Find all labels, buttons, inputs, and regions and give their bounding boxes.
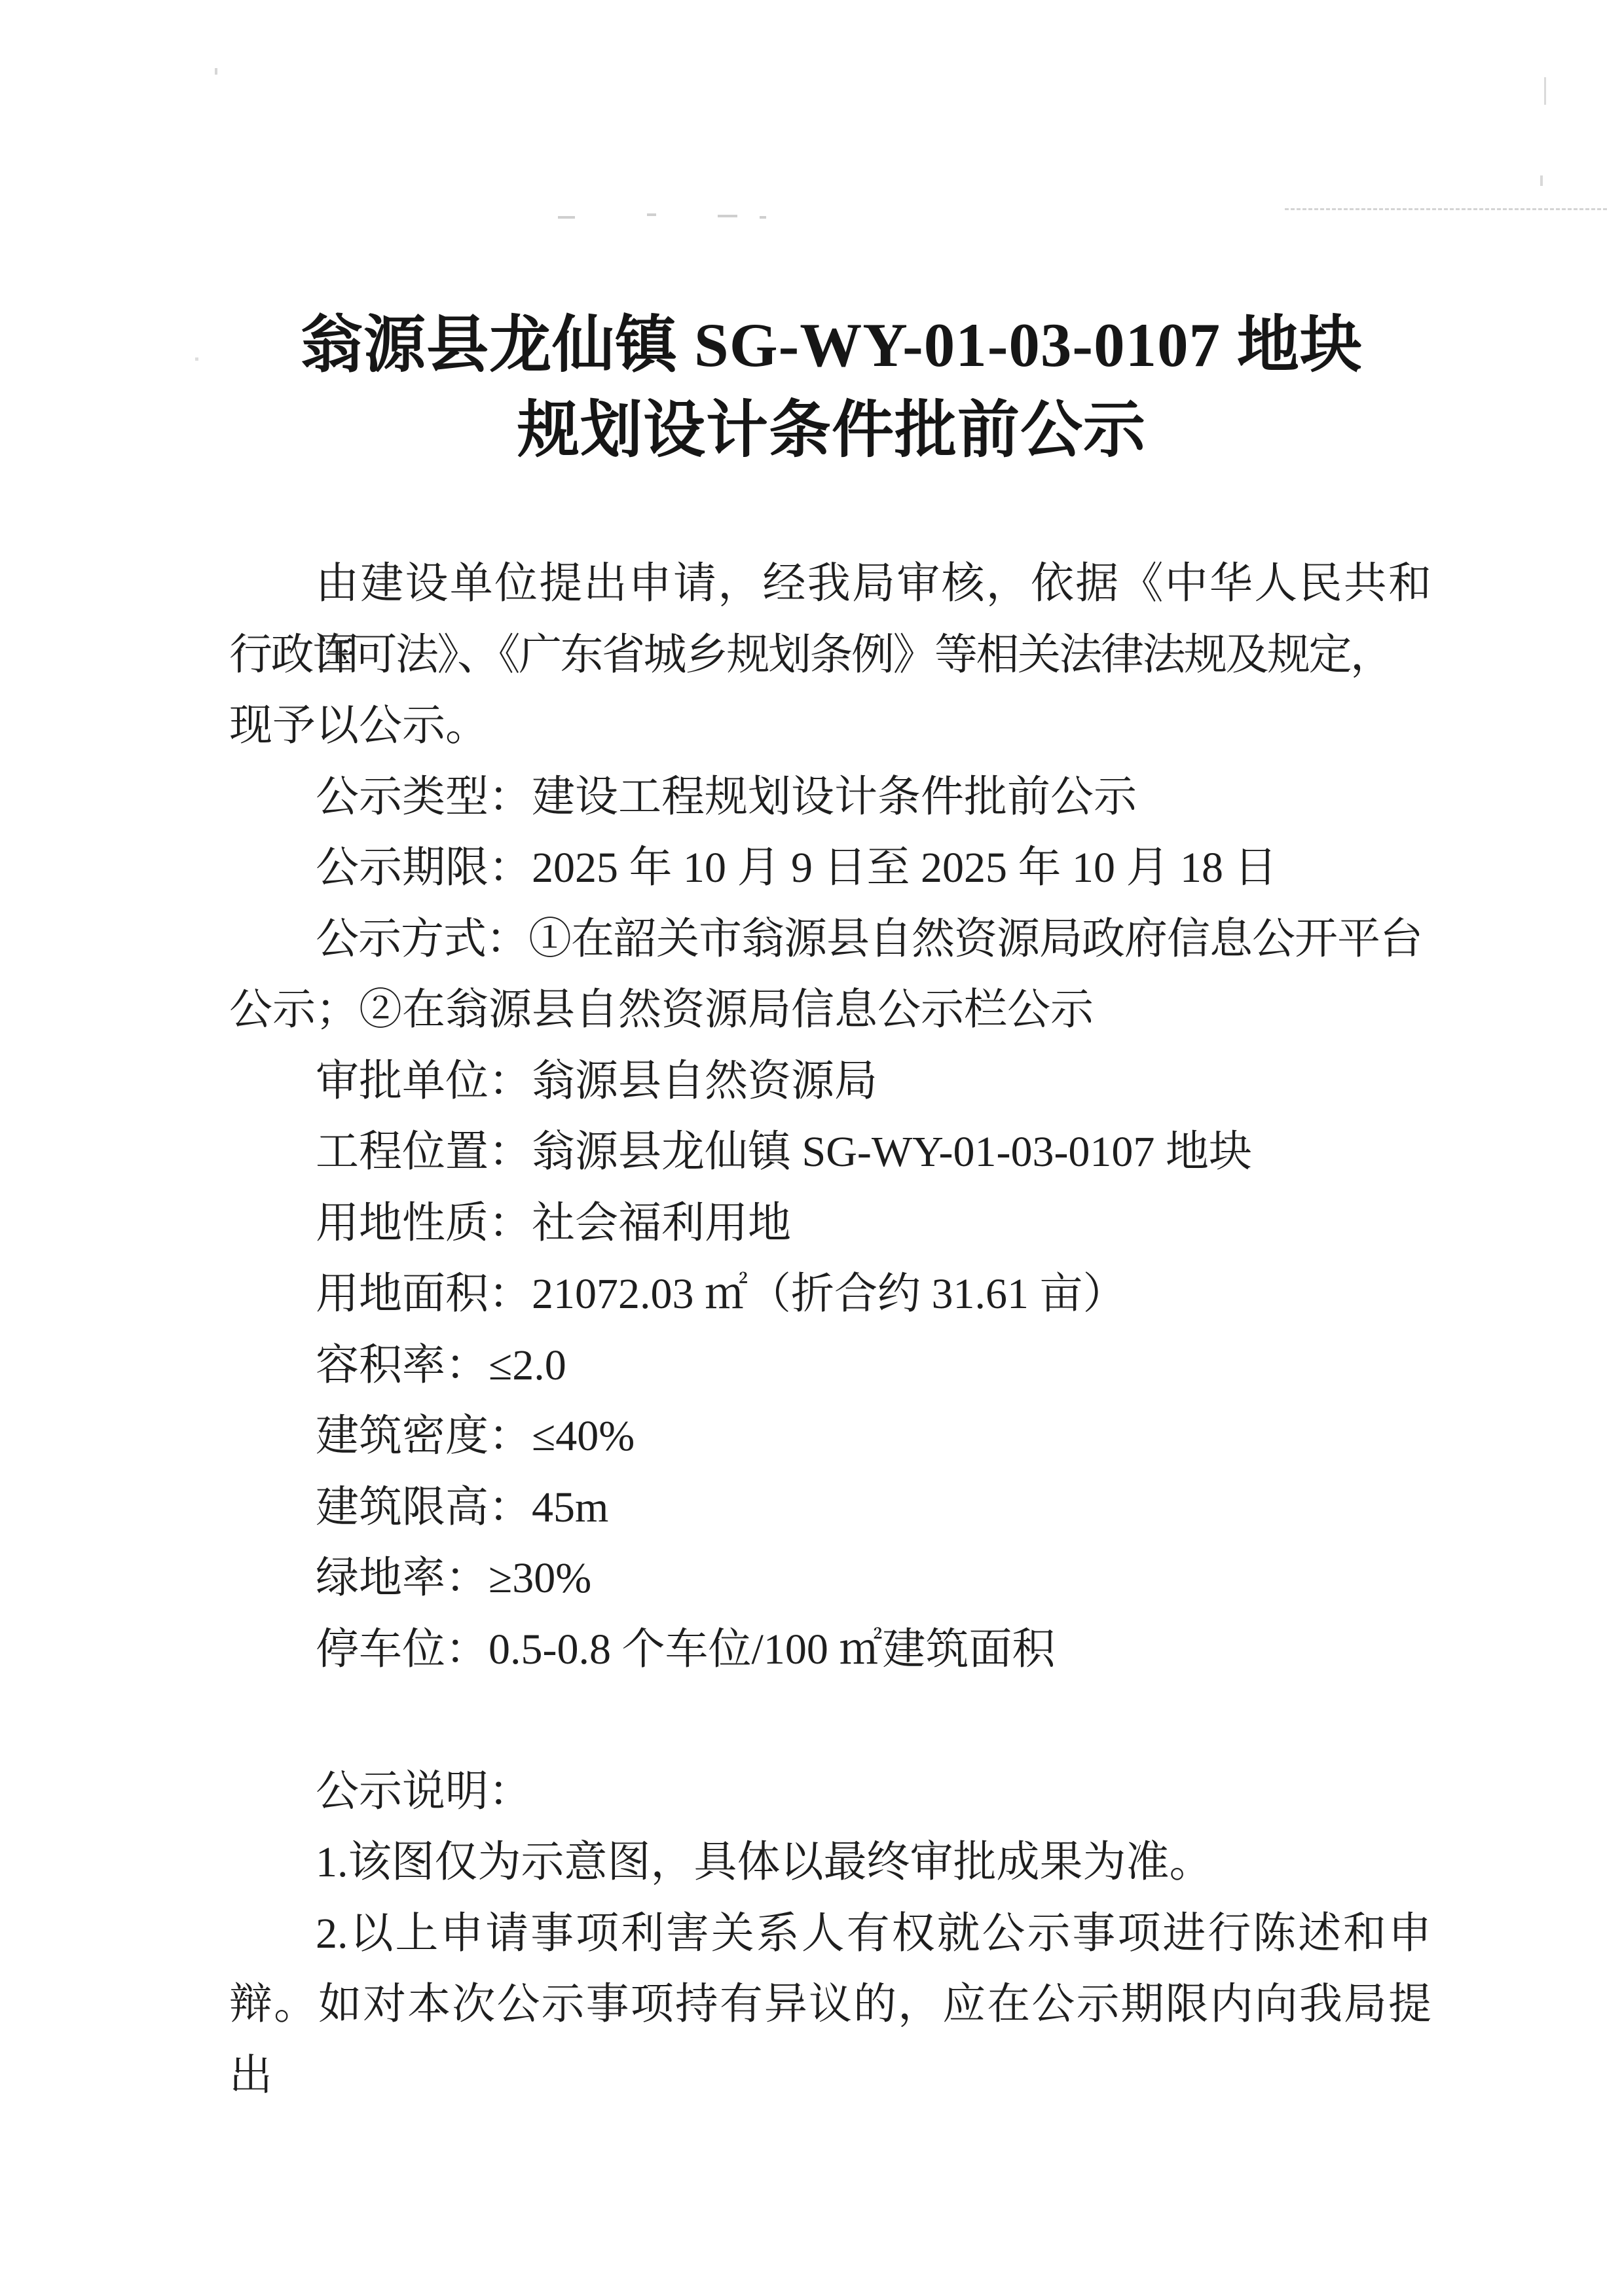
scan-artifact-speck bbox=[718, 215, 737, 217]
note-item-2: 2.以上申请事项利害关系人有权就公示事项进行陈述和申 bbox=[229, 1899, 1431, 1970]
scan-artifact-dashed-line bbox=[1285, 208, 1607, 210]
scanned-document-page: 翁源县龙仙镇 SG-WY-01-03-0107 地块 规划设计条件批前公示 由建… bbox=[0, 0, 1624, 2296]
field-parking: 停车位：0.5-0.8 个车位/100 ㎡建筑面积 bbox=[229, 1614, 1431, 1686]
field-plot-ratio: 容积率：≤2.0 bbox=[229, 1330, 1431, 1402]
field-height-limit: 建筑限高：45m bbox=[229, 1472, 1431, 1544]
notes-heading: 公示说明： bbox=[229, 1757, 1431, 1828]
field-notice-method: 公示方式：①在韶关市翁源县自然资源局政府信息公开平台 bbox=[229, 904, 1431, 975]
field-project-location: 工程位置：翁源县龙仙镇 SG-WY-01-03-0107 地块 bbox=[229, 1117, 1431, 1188]
document-body: 由建设单位提出申请，经我局审核，依据《中华人民共和国 行政许可法》、《广东省城乡… bbox=[229, 549, 1431, 2041]
intro-line: 行政许可法》、《广东省城乡规划条例》等相关法律法规及规定， bbox=[229, 620, 1431, 691]
field-land-use: 用地性质：社会福利用地 bbox=[229, 1188, 1431, 1260]
field-notice-period: 公示期限：2025 年 10 月 9 日至 2025 年 10 月 18 日 bbox=[229, 833, 1431, 904]
field-approval-unit: 审批单位：翁源县自然资源局 bbox=[229, 1046, 1431, 1118]
intro-line: 由建设单位提出申请，经我局审核，依据《中华人民共和国 bbox=[229, 549, 1431, 620]
document-title: 翁源县龙仙镇 SG-WY-01-03-0107 地块 规划设计条件批前公示 bbox=[20, 302, 1624, 473]
field-land-area: 用地面积：21072.03 ㎡（折合约 31.61 亩） bbox=[229, 1259, 1431, 1330]
title-line-2: 规划设计条件批前公示 bbox=[20, 388, 1624, 473]
scan-artifact-speck bbox=[1540, 175, 1543, 186]
scan-artifact-speck bbox=[647, 213, 656, 216]
title-line-1: 翁源县龙仙镇 SG-WY-01-03-0107 地块 bbox=[20, 302, 1624, 388]
field-notice-method-cont: 公示；②在翁源县自然资源局信息公示栏公示 bbox=[229, 975, 1431, 1046]
note-item-1: 1.该图仅为示意图，具体以最终审批成果为准。 bbox=[229, 1827, 1431, 1899]
field-green-ratio: 绿地率：≥30% bbox=[229, 1543, 1431, 1614]
note-item-2-cont: 辩。如对本次公示事项持有异议的，应在公示期限内向我局提出 bbox=[229, 1969, 1431, 2041]
field-notice-type: 公示类型：建设工程规划设计条件批前公示 bbox=[229, 762, 1431, 833]
blank-line bbox=[229, 1685, 1431, 1757]
field-building-density: 建筑密度：≤40% bbox=[229, 1401, 1431, 1472]
intro-line: 现予以公示。 bbox=[229, 691, 1431, 762]
scan-artifact-speck bbox=[215, 68, 217, 75]
scan-artifact-speck bbox=[760, 216, 766, 219]
scan-artifact-speck bbox=[1544, 77, 1546, 105]
scan-artifact-speck bbox=[558, 216, 575, 219]
